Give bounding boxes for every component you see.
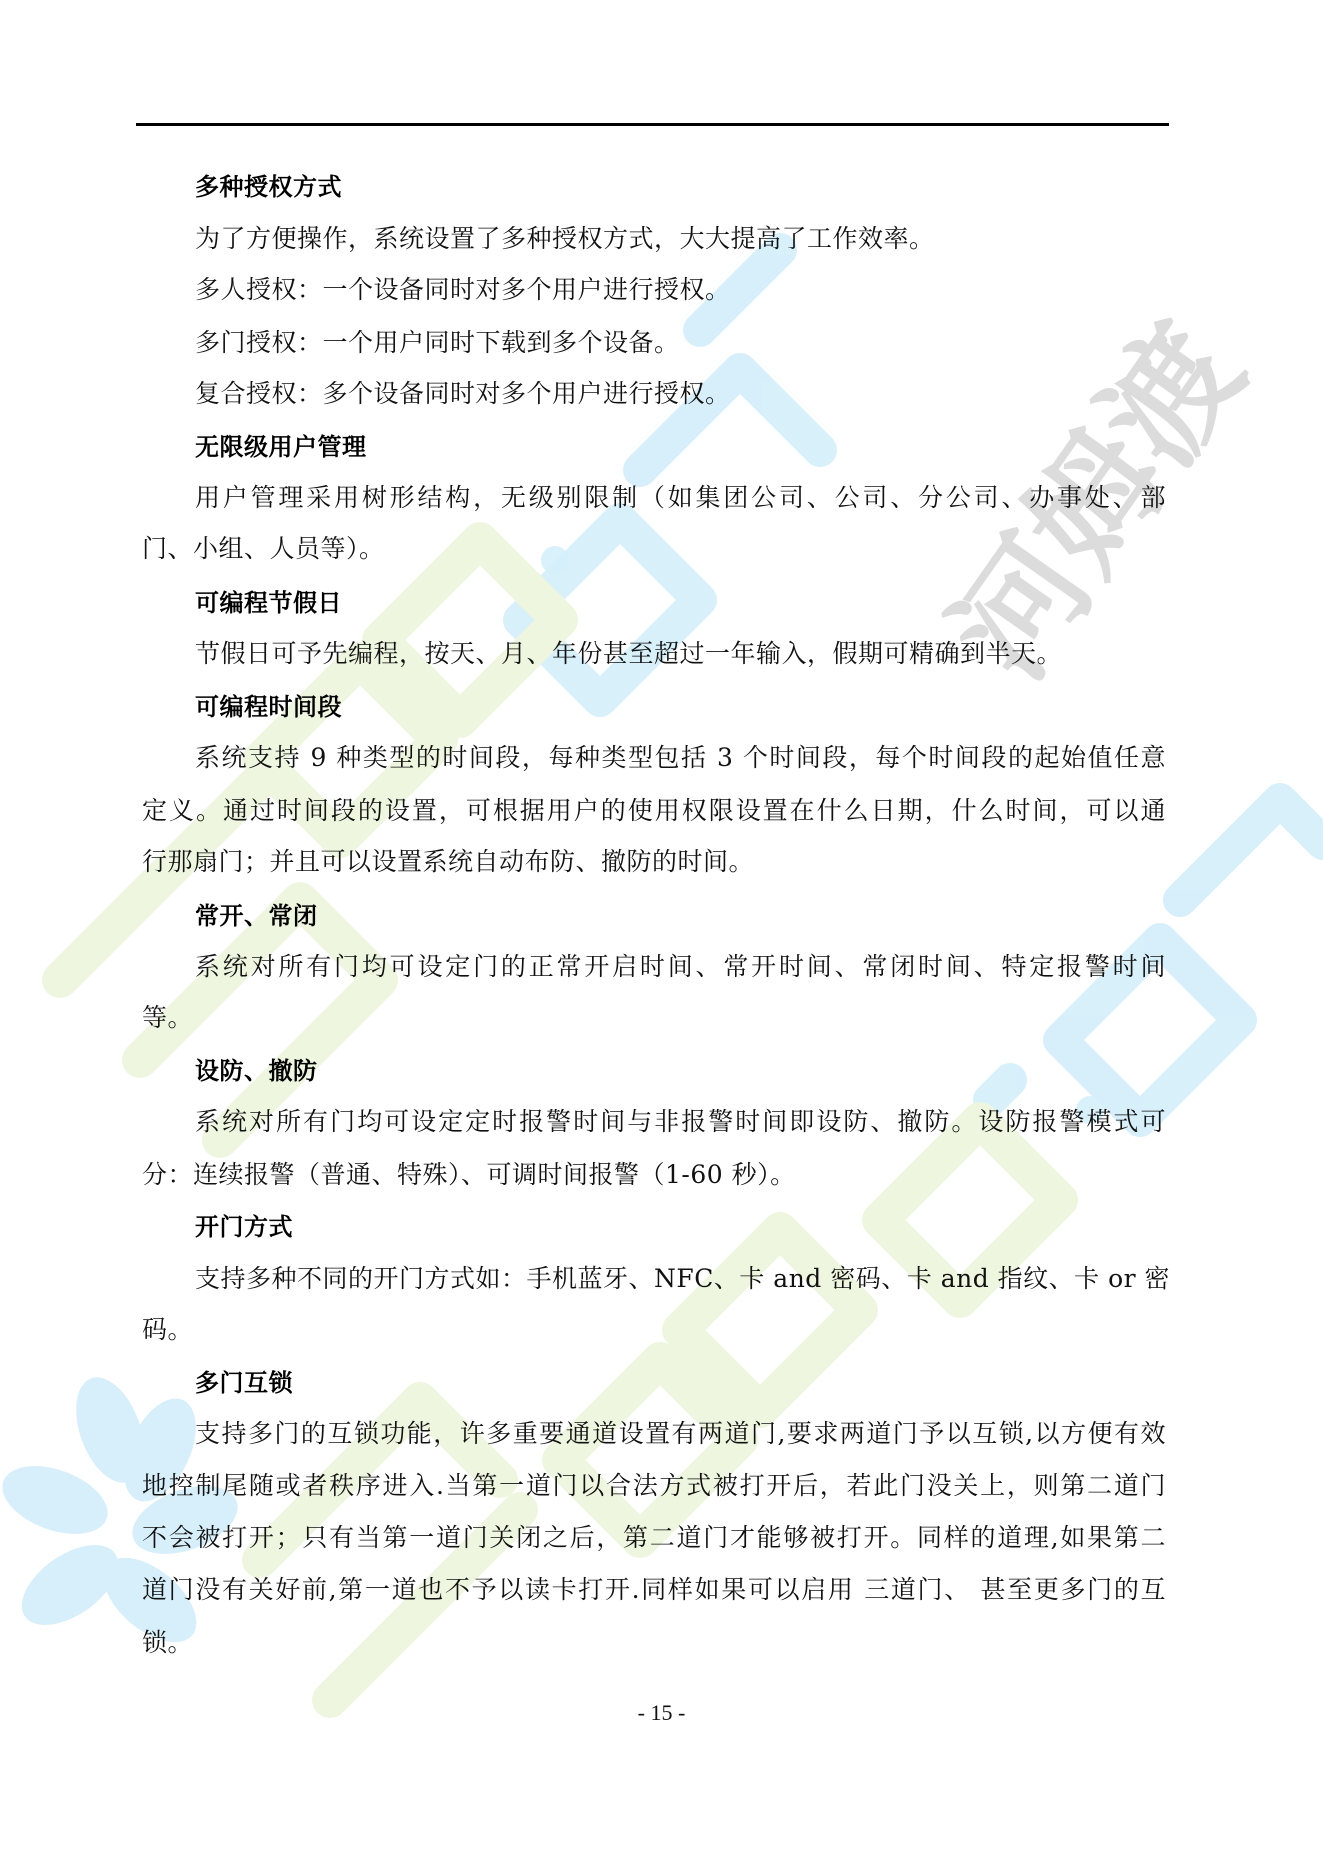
paragraph-line: 多人授权：一个设备同时对多个用户进行授权。 [142, 264, 1166, 316]
paragraph-line: 系统对所有门均可设定门的正常开启时间、常开时间、常闭时间、特定报警时间 [142, 941, 1166, 993]
section-heading: 可编程节假日 [142, 577, 1166, 629]
section-heading: 可编程时间段 [142, 681, 1166, 733]
paragraph-line: 不会被打开；只有当第一道门关闭之后，第二道门才能够被打开。同样的道理,如果第二 [142, 1512, 1166, 1564]
paragraph-line: 支持多门的互锁功能，许多重要通道设置有两道门,要求两道门予以互锁,以方便有效 [142, 1408, 1166, 1460]
paragraph-line: 定义。通过时间段的设置，可根据用户的使用权限设置在什么日期，什么时间，可以通 [142, 785, 1166, 837]
section-heading: 开门方式 [142, 1201, 1166, 1253]
paragraph-line: 门、小组、人员等）。 [142, 523, 1166, 575]
paragraph-line: 为了方便操作，系统设置了多种授权方式，大大提高了工作效率。 [142, 213, 1166, 265]
paragraph-line: 系统支持 9 种类型的时间段，每种类型包括 3 个时间段，每个时间段的起始值任意 [142, 732, 1166, 784]
document-page: 河姆渡 多种授权方式 为了方便操作，系统设置了多种授权方式，大大提高了工作效率。… [0, 0, 1323, 1871]
paragraph-line: 复合授权：多个设备同时对多个用户进行授权。 [142, 368, 1166, 420]
section-heading: 设防、撤防 [142, 1045, 1166, 1097]
paragraph-line: 节假日可予先编程，按天、月、年份甚至超过一年输入，假期可精确到半天。 [142, 628, 1166, 680]
section-heading: 无限级用户管理 [142, 421, 1166, 473]
paragraph-line: 锁。 [142, 1617, 1166, 1669]
paragraph-line: 分：连续报警（普通、特殊）、可调时间报警（1-60 秒）。 [142, 1149, 1166, 1201]
header-rule [136, 123, 1169, 126]
paragraph-line: 等。 [142, 992, 1166, 1044]
paragraph-line: 系统对所有门均可设定定时报警时间与非报警时间即设防、撤防。设防报警模式可 [142, 1096, 1166, 1148]
paragraph-line: 码。 [142, 1304, 1166, 1356]
paragraph-line: 行那扇门；并且可以设置系统自动布防、撤防的时间。 [142, 836, 1166, 888]
section-heading: 常开、常闭 [142, 890, 1166, 942]
section-heading: 多种授权方式 [142, 161, 1166, 213]
page-number: - 15 - [0, 1700, 1323, 1726]
paragraph-line: 多门授权：一个用户同时下载到多个设备。 [142, 317, 1166, 369]
paragraph-line: 地控制尾随或者秩序进入.当第一道门以合法方式被打开后，若此门没关上，则第二道门 [142, 1460, 1166, 1512]
paragraph-line: 支持多种不同的开门方式如：手机蓝牙、NFC、卡 and 密码、卡 and 指纹、… [142, 1253, 1166, 1305]
paragraph-line: 道门没有关好前,第一道也不予以读卡打开.同样如果可以启用 三道门、 甚至更多门的… [142, 1564, 1166, 1616]
section-heading: 多门互锁 [142, 1357, 1166, 1409]
paragraph-line: 用户管理采用树形结构，无级别限制（如集团公司、公司、分公司、办事处、部 [142, 472, 1166, 524]
